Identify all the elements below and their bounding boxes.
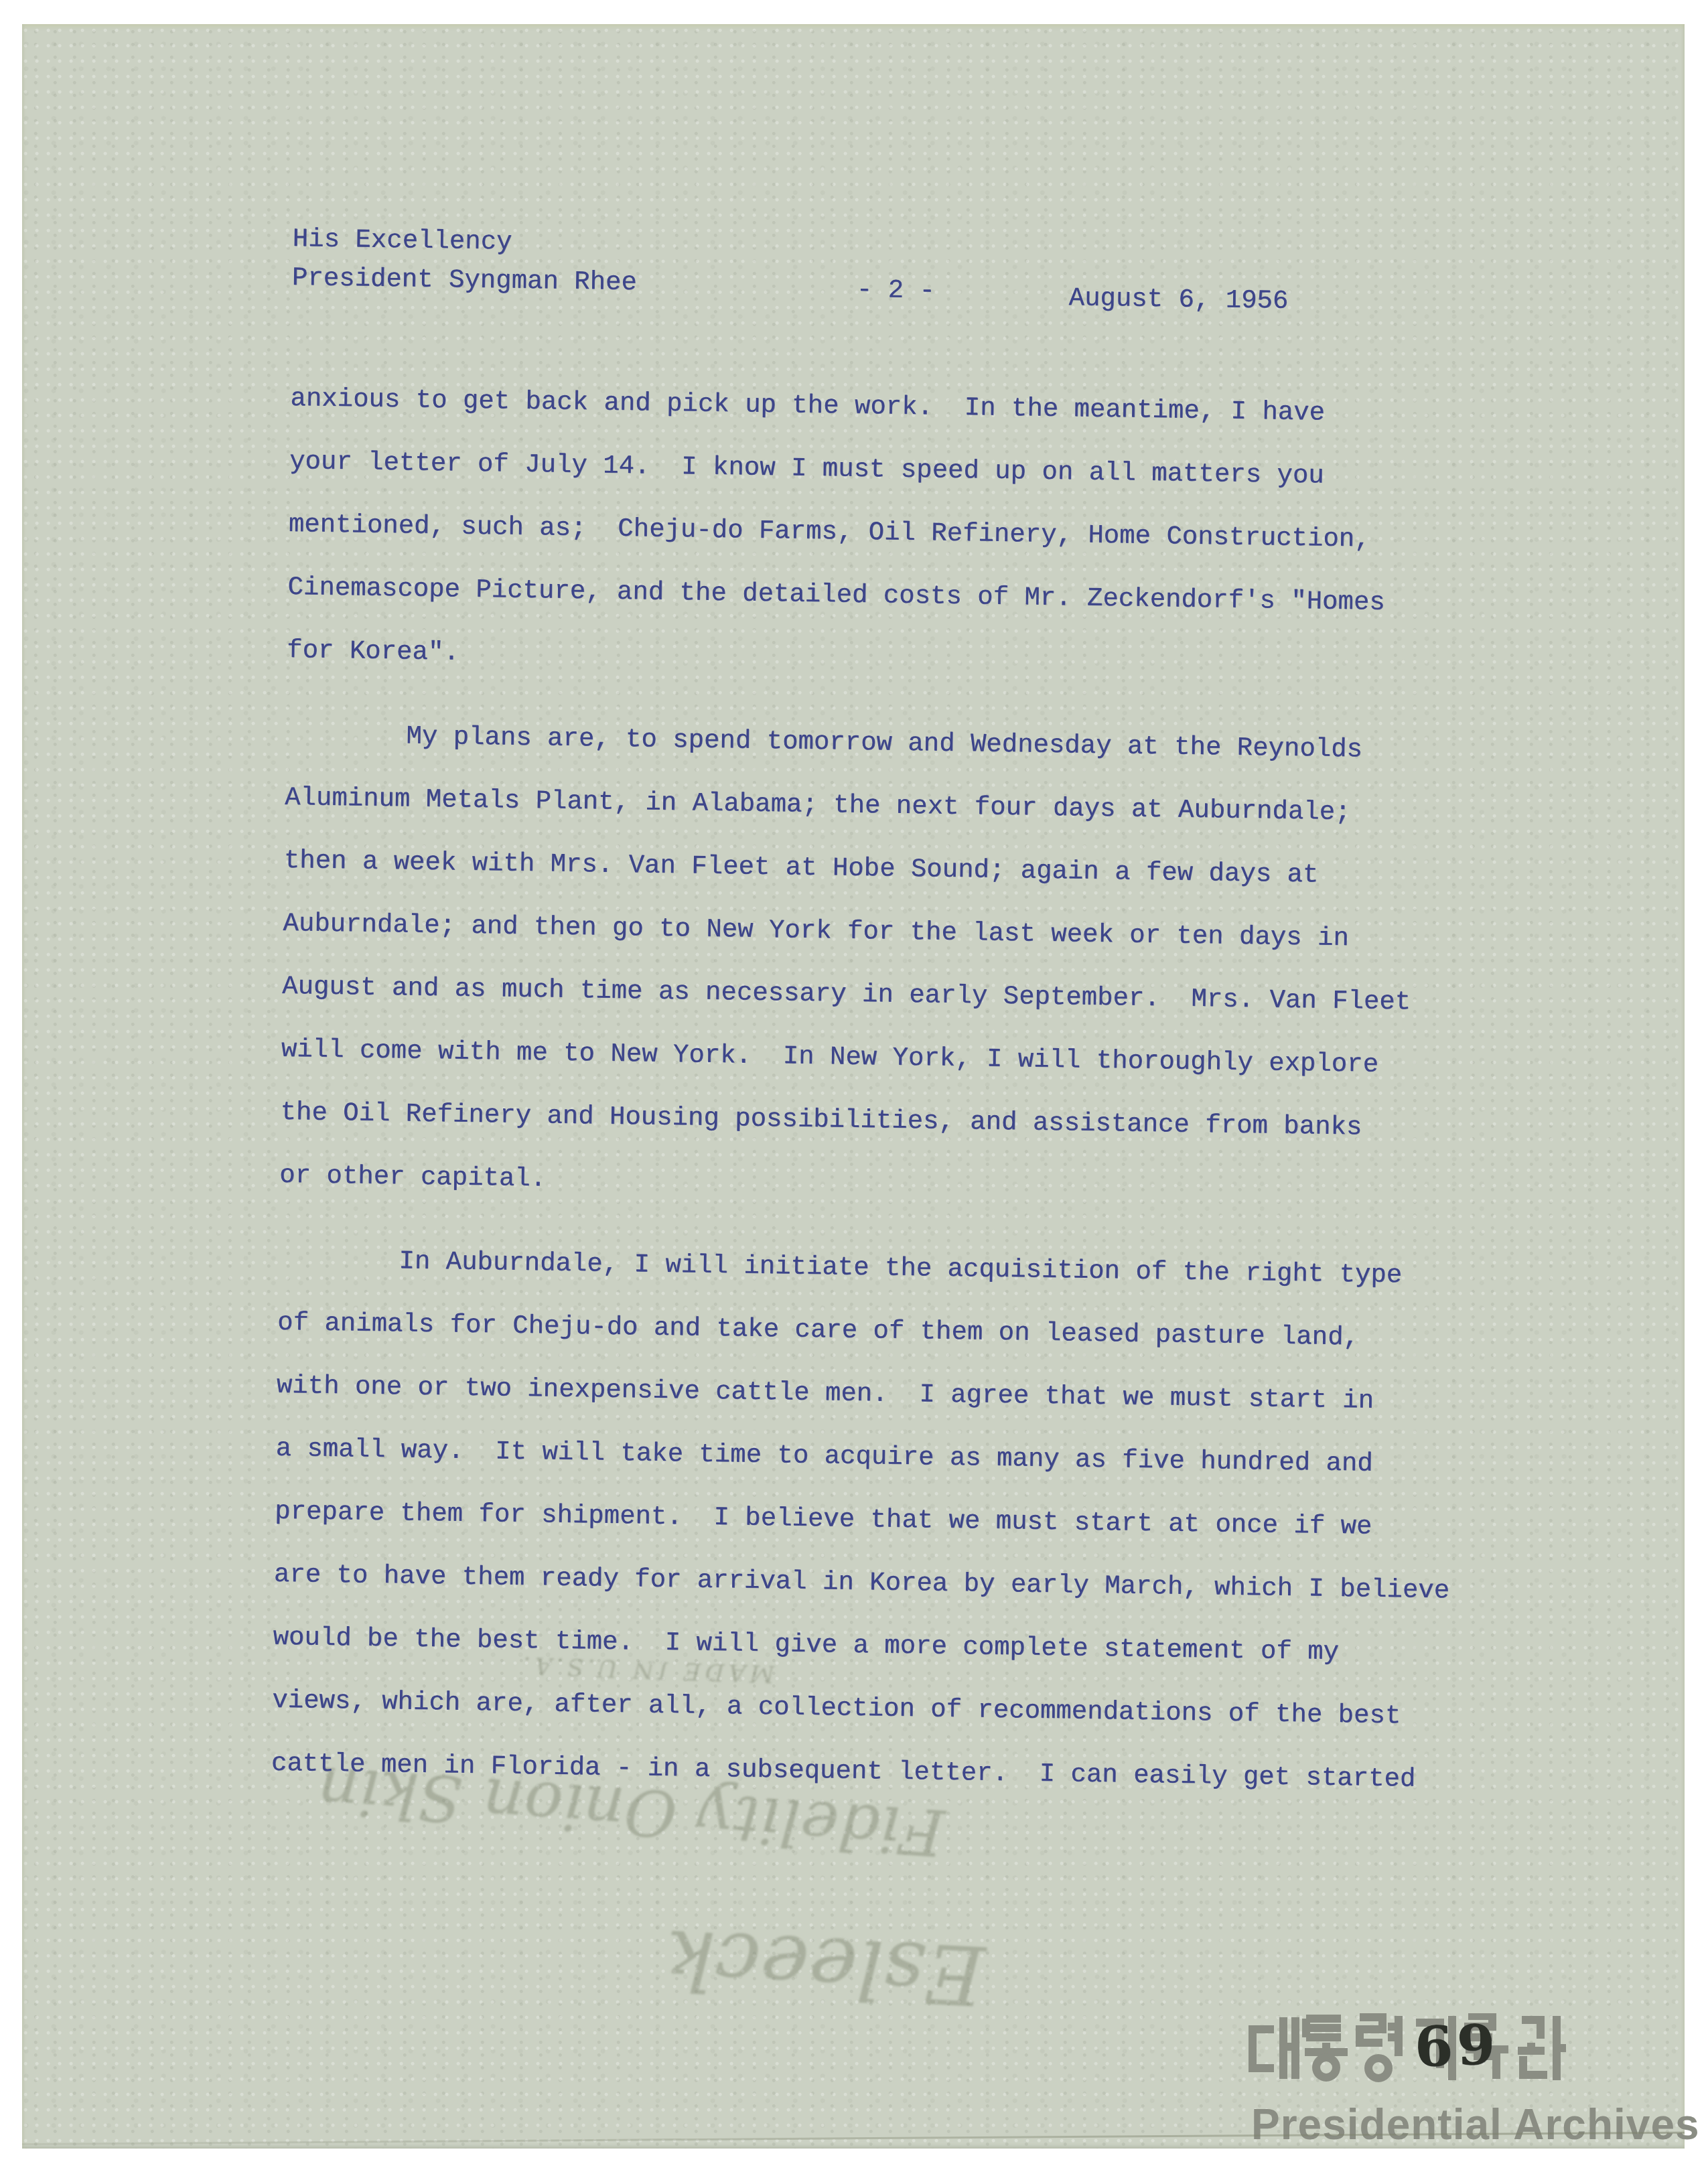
paragraph-1: anxious to get back and pick up the work…: [287, 367, 1537, 699]
scan-background: { "letter": { "header": { "addressee_lin…: [0, 0, 1708, 2178]
paragraph-2: My plans are, to spend tomorrow and Wedn…: [279, 703, 1532, 1224]
korean-title-glyphs: [1247, 2013, 1569, 2083]
page-number-stamp: 69: [1414, 2017, 1500, 2075]
english-title: Presidential Archives: [1251, 2103, 1700, 2146]
page-number: - 2 -: [856, 277, 935, 305]
korean-title: [1247, 2013, 1569, 2083]
letter-header: His Excellency President Syngman Rhee - …: [291, 226, 1538, 324]
letter-content: His Excellency President Syngman Rhee - …: [271, 226, 1539, 1812]
paragraph-3: In Auburndale, I will initiate the acqui…: [271, 1228, 1524, 1812]
watermark-esleeck: Esleeck: [663, 1911, 987, 2023]
addressee-line-2: President Syngman Rhee: [292, 265, 637, 296]
letter-body: anxious to get back and pick up the work…: [271, 367, 1537, 1812]
letter-date: August 6, 1956: [1068, 285, 1288, 315]
addressee-line-1: His Excellency: [292, 226, 512, 256]
